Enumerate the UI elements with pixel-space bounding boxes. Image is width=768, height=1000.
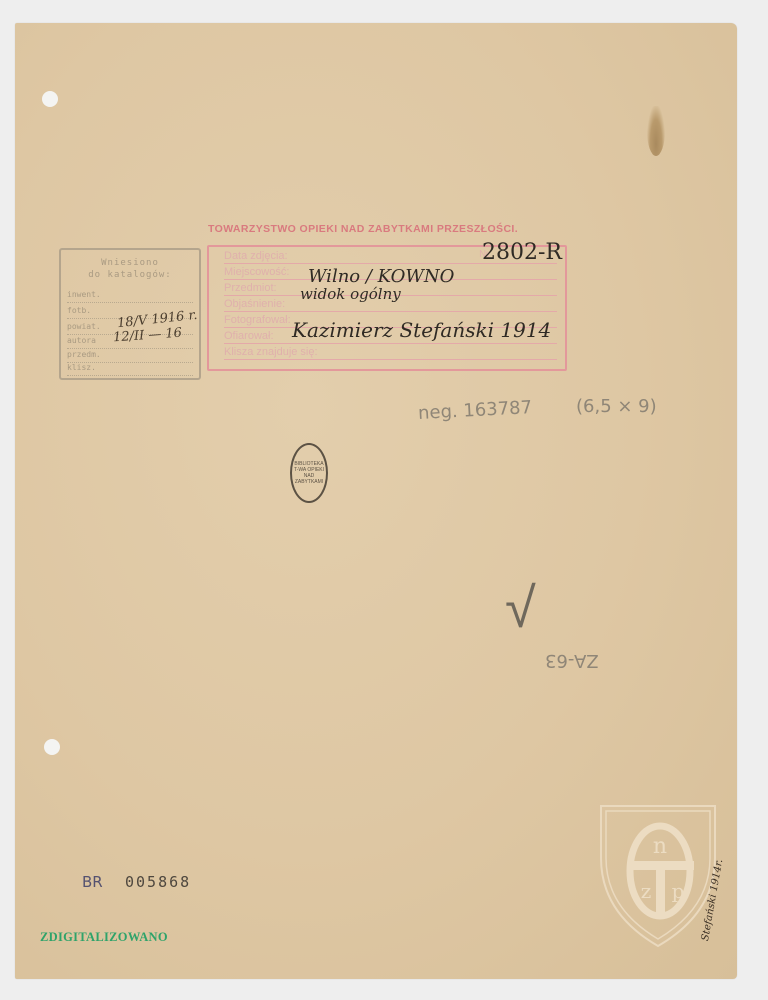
society-stamp-title: TOWARZYSTWO OPIEKI NAD ZABYTKAMI PRZESZŁ… [208, 223, 518, 235]
location-value: Wilno / KOWNO [308, 266, 454, 287]
punch-hole-bottom [44, 739, 60, 755]
svg-text:n: n [653, 834, 667, 859]
catalogue-row-label: klisz. [67, 363, 96, 372]
catalogue-row-label: fotb. [67, 306, 91, 315]
catalogue-stamp: Wniesiono do katalogów: inwent. fotb. po… [59, 248, 201, 380]
catalogue-row: inwent. [67, 290, 193, 303]
catalogue-row-label: powiat. [67, 322, 101, 331]
catalogue-row-label: przedm. [67, 350, 101, 359]
donor-value: Kazimierz Stefański 1914 [292, 318, 551, 342]
inventory-number: 005868 [125, 873, 191, 891]
library-oval-stamp: BIBLIOTEKA T-WA OPIEKI NAD ZABYTKAMI [290, 443, 328, 503]
svg-text:z: z [641, 879, 652, 903]
photo-number: 2802-R [482, 240, 562, 265]
digitized-stamp: ZDIGITALIZOWANO [40, 930, 168, 945]
society-field-label: Przedmiot: [224, 282, 277, 294]
society-field-label: Data zdjęcia: [224, 250, 288, 262]
br-code: BR [82, 873, 103, 891]
society-field-row: Klisza znajduje się: [224, 343, 557, 360]
punch-hole-top [42, 91, 58, 107]
watermark-shield-icon: n z p [598, 803, 718, 948]
inverted-code-note: ZA-63 [545, 650, 599, 671]
society-field-label: Ofiarował: [224, 330, 274, 342]
catalogue-row-label: inwent. [67, 290, 101, 299]
catalogue-stamp-title: Wniesiono [61, 258, 199, 268]
society-field-label: Miejscowość: [224, 266, 289, 278]
catalogue-row: klisz. [67, 363, 193, 376]
stain-mark [647, 106, 665, 156]
society-field-label: Objaśnienie: [224, 298, 285, 310]
svg-text:p: p [672, 879, 685, 903]
subject-value: widok ogólny [300, 285, 401, 303]
society-field-label: Klisza znajduje się: [224, 346, 318, 358]
catalogue-row: przedm. [67, 350, 193, 363]
library-stamp-text: BIBLIOTEKA T-WA OPIEKI NAD ZABYTKAMI [292, 461, 326, 485]
catalogue-stamp-subtitle: do katalogów: [61, 270, 199, 280]
check-mark: √ [505, 575, 536, 641]
society-field-label: Fotografował: [224, 314, 291, 326]
size-note: (6,5 × 9) [576, 396, 657, 417]
catalogue-row-label: autora [67, 336, 96, 345]
